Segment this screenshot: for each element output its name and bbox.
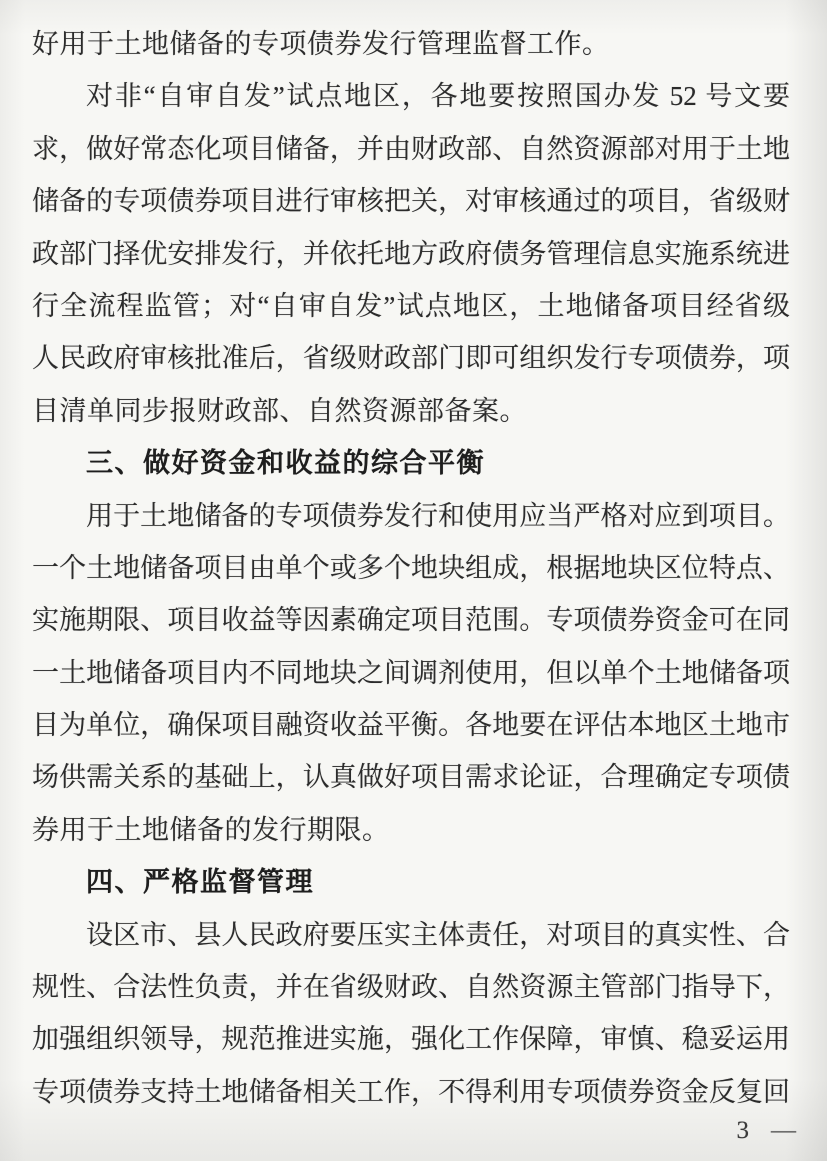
text-line: 一土地储备项目内不同地块之间调剂使用，但以单个土地储备项 xyxy=(32,647,790,699)
text-line: 实施期限、项目收益等因素确定项目范围。专项债券资金可在同 xyxy=(32,594,790,646)
text-line: 场供需关系的基础上，认真做好项目需求论证，合理确定专项债 xyxy=(32,751,790,803)
text-line: 人民政府审核批准后，省级财政部门即可组织发行专项债券，项 xyxy=(32,332,790,384)
section-heading: 四、严格监督管理 xyxy=(32,856,790,908)
section-heading: 三、做好资金和收益的综合平衡 xyxy=(32,437,790,489)
text-line: 对非“自审自发”试点地区，各地要按照国办发 52 号文要 xyxy=(32,70,790,122)
text-line: 政部门择优安排发行，并依托地方政府债务管理信息实施系统进 xyxy=(32,228,790,280)
text-line: 加强组织领导，规范推进实施，强化工作保障，审慎、稳妥运用 xyxy=(32,1013,790,1065)
text-line: 券用于土地储备的发行期限。 xyxy=(32,804,790,856)
text-line: 规性、合法性负责，并在省级财政、自然资源主管部门指导下， xyxy=(32,961,790,1013)
text-line: 好用于土地储备的专项债券发行管理监督工作。 xyxy=(32,18,790,70)
document-page: 好用于土地储备的专项债券发行管理监督工作。对非“自审自发”试点地区，各地要按照国… xyxy=(0,0,827,1161)
text-line: 求，做好常态化项目储备，并由财政部、自然资源部对用于土地 xyxy=(32,123,790,175)
text-line: 用于土地储备的专项债券发行和使用应当严格对应到项目。 xyxy=(32,490,790,542)
text-line: 目清单同步报财政部、自然资源部备案。 xyxy=(32,385,790,437)
page-number: 3 — xyxy=(737,1117,797,1145)
page-number-value: 3 xyxy=(737,1117,750,1145)
text-line: 设区市、县人民政府要压实主体责任，对项目的真实性、合 xyxy=(32,909,790,961)
text-line: 一个土地储备项目由单个或多个地块组成，根据地块区位特点、 xyxy=(32,542,790,594)
page-number-dash: — xyxy=(771,1117,796,1145)
text-line: 行全流程监管；对“自审自发”试点地区，土地储备项目经省级 xyxy=(32,280,790,332)
document-body: 好用于土地储备的专项债券发行管理监督工作。对非“自审自发”试点地区，各地要按照国… xyxy=(32,18,790,1118)
text-line: 储备的专项债券项目进行审核把关，对审核通过的项目，省级财 xyxy=(32,175,790,227)
text-line: 专项债券支持土地储备相关工作，不得利用专项债券资金反复回 xyxy=(32,1066,790,1118)
text-line: 目为单位，确保项目融资收益平衡。各地要在评估本地区土地市 xyxy=(32,699,790,751)
